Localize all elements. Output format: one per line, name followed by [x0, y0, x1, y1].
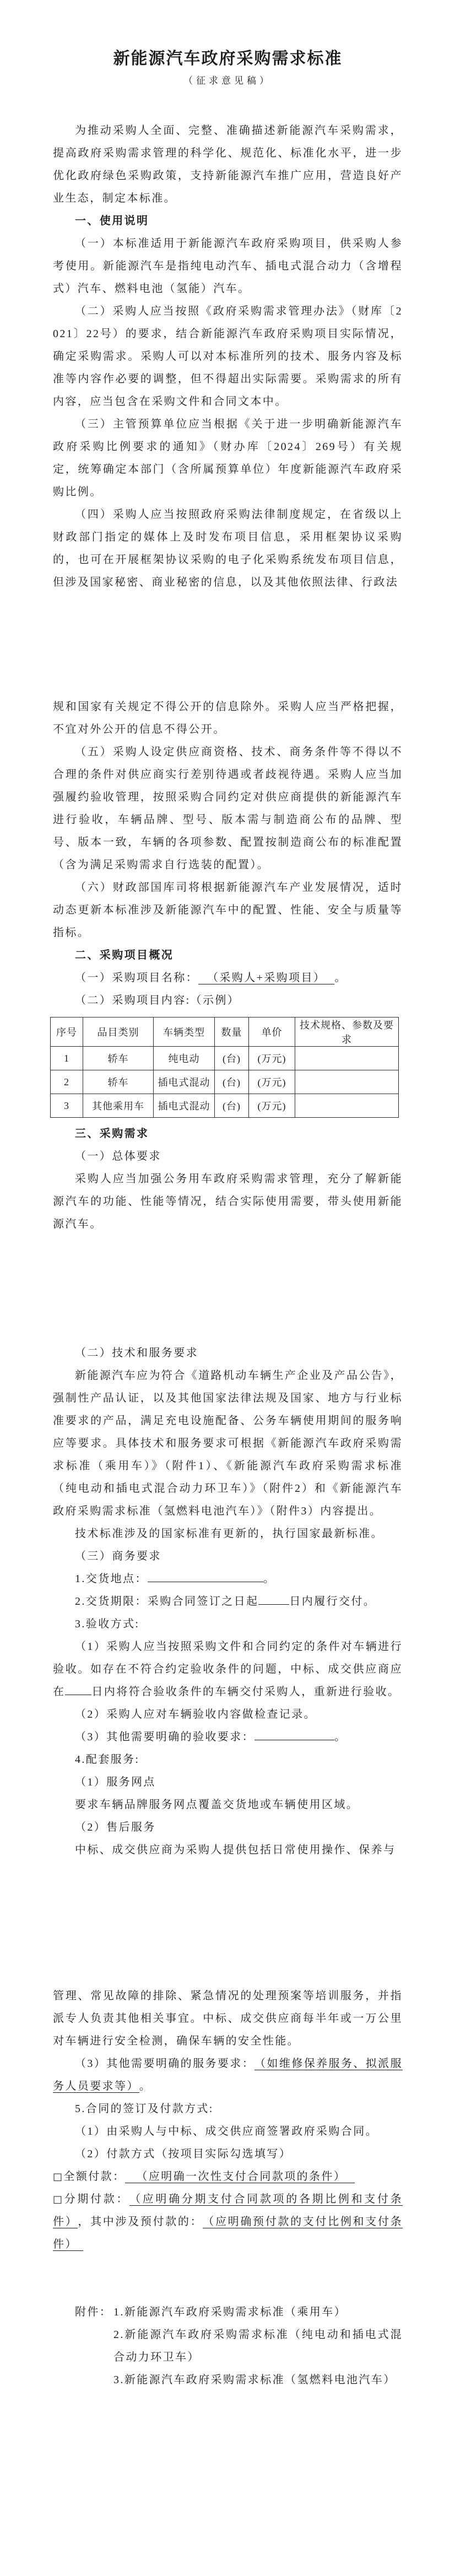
acceptance-item-2: （2）采购人应对车辆验收内容做检查记录。 [53, 1703, 403, 1726]
installment-payment-label: 分期付款： [64, 2193, 129, 2205]
project-name-suffix: 。 [334, 972, 346, 984]
page-1: 新能源汽车政府采购需求标准 （征求意见稿） 为推动采购人全面、完整、准确描述新能… [0, 0, 455, 644]
attachment-item-1: 1.新能源汽车政府采购需求标准（乘用车） [113, 2301, 403, 2324]
delivery-time-blank-field[interactable] [258, 1593, 289, 1605]
cell-vehicle-type: 插电式混动 [154, 1070, 215, 1094]
col-header-specs: 技术规格、参数及要求 [295, 1018, 399, 1047]
other-service-line: （3）其他需要明确的服务要求：（如维修保养服务、拟派服务人员要求等）。 [53, 2053, 403, 2098]
cell-quantity: (台) [215, 1070, 249, 1094]
acceptance-item-3-suffix: 。 [334, 1731, 346, 1743]
attachments-block: 附件： 1.新能源汽车政府采购需求标准（乘用车） 2.新能源汽车政府采购需求标准… [75, 2301, 403, 2391]
business-requirements-heading: （三）商务要求 [53, 1545, 403, 1568]
contract-payment-heading: 5.合同的签订及付款方式: [53, 2098, 403, 2120]
delivery-place-blank-field[interactable] [148, 1571, 263, 1582]
table-row: 3 其他乘用车 插电式混动 (台) (万元) [51, 1094, 399, 1118]
tech-service-para-2: 技术标准涉及的国家标准有更新的，执行国家最新标准。 [53, 1523, 403, 1545]
doc-title: 新能源汽车政府采购需求标准 [53, 47, 403, 71]
delivery-place-line: 1.交货地点：。 [53, 1568, 403, 1590]
section-3-heading: 三、采购需求 [53, 1123, 403, 1145]
attachments-label: 附件： [75, 2301, 113, 2324]
acceptance-other-blank-field[interactable] [254, 1729, 334, 1740]
sec1-para-1: （一）本标准适用于新能源汽车政府采购项目，供采购人参考使用。新能源汽车是指纯电动… [53, 232, 403, 300]
aftersales-para-part1: 中标、成交供应商为采购人提供包括日常使用操作、保养与 [53, 1839, 403, 1861]
col-header-category: 品目类别 [83, 1018, 154, 1047]
cell-quantity: (台) [215, 1047, 249, 1070]
cell-specs [295, 1094, 399, 1118]
installment-payment-checkbox[interactable]: □ [53, 2194, 64, 2205]
cell-index: 1 [51, 1047, 83, 1070]
tech-service-para-1: 新能源汽车应为符合《道路机动车辆生产企业及产品公告》，强制性产品认证，以及其他国… [53, 1365, 403, 1523]
doc-subtitle: （征求意见稿） [53, 71, 403, 91]
attachment-item-2: 2.新能源汽车政府采购需求标准（纯电动和插电式混合动力环卫车） [113, 2324, 403, 2369]
service-network-text: 要求车辆品牌服务网点覆盖交货地或车辆使用区域。 [53, 1794, 403, 1816]
acceptance-method-label: 3.验收方式: [53, 1613, 403, 1636]
general-requirements-para: 采购人应当加强公务用车政府采购需求管理，充分了解新能源汽车的功能、性能等情况，结… [53, 1168, 403, 1236]
attachments-label-spacer [75, 2369, 113, 2391]
table-row: 1 轿车 纯电动 (台) (万元) [51, 1047, 399, 1070]
attachments-label-spacer [75, 2324, 113, 2369]
aftersales-heading: （2）售后服务 [53, 1816, 403, 1839]
cell-quantity: (台) [215, 1094, 249, 1118]
cell-category: 轿车 [83, 1070, 154, 1094]
general-requirements-heading: （一）总体要求 [53, 1145, 403, 1168]
section-1-heading: 一、使用说明 [53, 210, 403, 232]
delivery-time-prefix: 2.交货期限：采购合同签订之日起 [75, 1595, 258, 1608]
other-service-label: （3）其他需要明确的服务要求： [75, 2058, 254, 2070]
section-2-heading: 二、采购项目概况 [53, 944, 403, 967]
intro-paragraph: 为推动采购人全面、完整、准确描述新能源汽车采购需求，提高政府采购需求管理的科学化… [53, 120, 403, 210]
aftersales-para-part2: 管理、常见故障的排除、紧急情况的处理预案等培训服务，并指派专人负责其他相关事宜。… [53, 1985, 403, 2053]
delivery-place-suffix: 。 [263, 1573, 275, 1585]
installment-prepay-mid-text: ，其中涉及预付款的： [78, 2216, 203, 2228]
procurement-items-table: 序号 品目类别 车辆类型 数量 单价 技术规格、参数及要求 1 轿车 纯电动 (… [50, 1017, 399, 1118]
table-header-row: 序号 品目类别 车辆类型 数量 单价 技术规格、参数及要求 [51, 1018, 399, 1047]
full-payment-checkbox[interactable]: □ [53, 2171, 63, 2183]
other-service-suffix: 。 [139, 2080, 151, 2092]
project-name-line: （一）采购项目名称：（采购人+采购项目）。 [53, 967, 403, 989]
acceptance-item-1: （1）采购人应当按照采购文件和合同约定的条件对车辆进行验收。如存在不符合约定验收… [53, 1636, 403, 1703]
cell-unit-price: (万元) [249, 1094, 295, 1118]
sec1-para-6: （六）财政部国库司将根据新能源汽车产业发展情况，适时动态更新本标准涉及新能源汽车… [53, 876, 403, 944]
sec1-para-4-part2: 规和国家有关规定不得公开的信息除外。采购人应当严格把握，不宜对外公开的信息不得公… [53, 696, 403, 741]
col-header-quantity: 数量 [215, 1018, 249, 1047]
project-name-blank-field[interactable]: （采购人+采购项目） [198, 972, 334, 984]
delivery-time-line: 2.交货期限：采购合同签订之日起日内履行交付。 [53, 1590, 403, 1613]
col-header-index: 序号 [51, 1018, 83, 1047]
project-content-label: （二）采购项目内容:（示例） [53, 989, 403, 1012]
payment-option-installment: □分期付款：（应明确分期支付合同款项的各期比例和支付条件），其中涉及预付款的：（… [53, 2188, 403, 2256]
full-payment-blank-field[interactable]: （应明确一次性支付合同款项的条件） [125, 2171, 355, 2183]
cell-specs [295, 1047, 399, 1070]
sec1-para-4-part1: （四）采购人应当按照政府采购法律制度规定，在省级以上财政部门指定的媒体上及时发布… [53, 504, 403, 594]
support-services-label: 4.配套服务: [53, 1749, 403, 1771]
delivery-time-suffix: 日内履行交付。 [289, 1595, 376, 1608]
contract-item-2: （2）付款方式（按项目实际勾选填写） [53, 2143, 403, 2166]
contract-item-1: （1）由采购人与中标、成交供应商签署政府采购合同。 [53, 2120, 403, 2143]
payment-option-full: □全额付款：（应明确一次性支付合同款项的条件） [53, 2166, 403, 2188]
sec1-para-3: （三）主管预算单位应当根据《关于进一步明确新能源汽车政府采购比例要求的通知》（财… [53, 413, 403, 504]
sec1-para-5: （五）采购人设定供应商资格、技术、商务条件等不得以不合理的条件对供应商实行差别待… [53, 741, 403, 876]
cell-unit-price: (万元) [249, 1070, 295, 1094]
table-row: 2 轿车 插电式混动 (台) (万元) [51, 1070, 399, 1094]
delivery-place-label: 1.交货地点： [75, 1573, 148, 1585]
col-header-vehicle-type: 车辆类型 [154, 1018, 215, 1047]
acceptance-item-1-part2: 日内将符合验收条件的车辆交付采购人，重新进行验收。 [91, 1686, 400, 1698]
acceptance-item-3-label: （3）其他需要明确的验收要求： [75, 1731, 254, 1743]
cell-unit-price: (万元) [249, 1047, 295, 1070]
cell-index: 3 [51, 1094, 83, 1118]
sec1-para-2: （二）采购人应当按照《政府采购需求管理办法》（财库〔2021〕22号）的要求，结… [53, 300, 403, 413]
cell-index: 2 [51, 1070, 83, 1094]
project-name-label: （一）采购项目名称： [75, 972, 198, 984]
acceptance-item-3: （3）其他需要明确的验收要求：。 [53, 1726, 403, 1749]
page-2: 规和国家有关规定不得公开的信息除外。采购人应当严格把握，不宜对外公开的信息不得公… [0, 644, 455, 1288]
service-network-heading: （1）服务网点 [53, 1771, 403, 1794]
cell-category: 其他乘用车 [83, 1094, 154, 1118]
tech-service-heading: （二）技术和服务要求 [53, 1342, 403, 1365]
page-3: （二）技术和服务要求 新能源汽车应为符合《道路机动车辆生产企业及产品公告》，强制… [0, 1288, 455, 1932]
cell-vehicle-type: 纯电动 [154, 1047, 215, 1070]
col-header-unit-price: 单价 [249, 1018, 295, 1047]
cell-category: 轿车 [83, 1047, 154, 1070]
document-canvas: 新能源汽车政府采购需求标准 （征求意见稿） 为推动采购人全面、完整、准确描述新能… [0, 0, 455, 2576]
cell-vehicle-type: 插电式混动 [154, 1094, 215, 1118]
acceptance-days-blank-field[interactable] [65, 1684, 91, 1695]
page-4: 管理、常见故障的排除、紧急情况的处理预案等培训服务，并指派专人负责其他相关事宜。… [0, 1932, 455, 2576]
attachment-item-3: 3.新能源汽车政府采购需求标准（氢燃料电池汽车） [113, 2369, 403, 2391]
cell-specs [295, 1070, 399, 1094]
full-payment-label: 全额付款： [63, 2171, 125, 2183]
